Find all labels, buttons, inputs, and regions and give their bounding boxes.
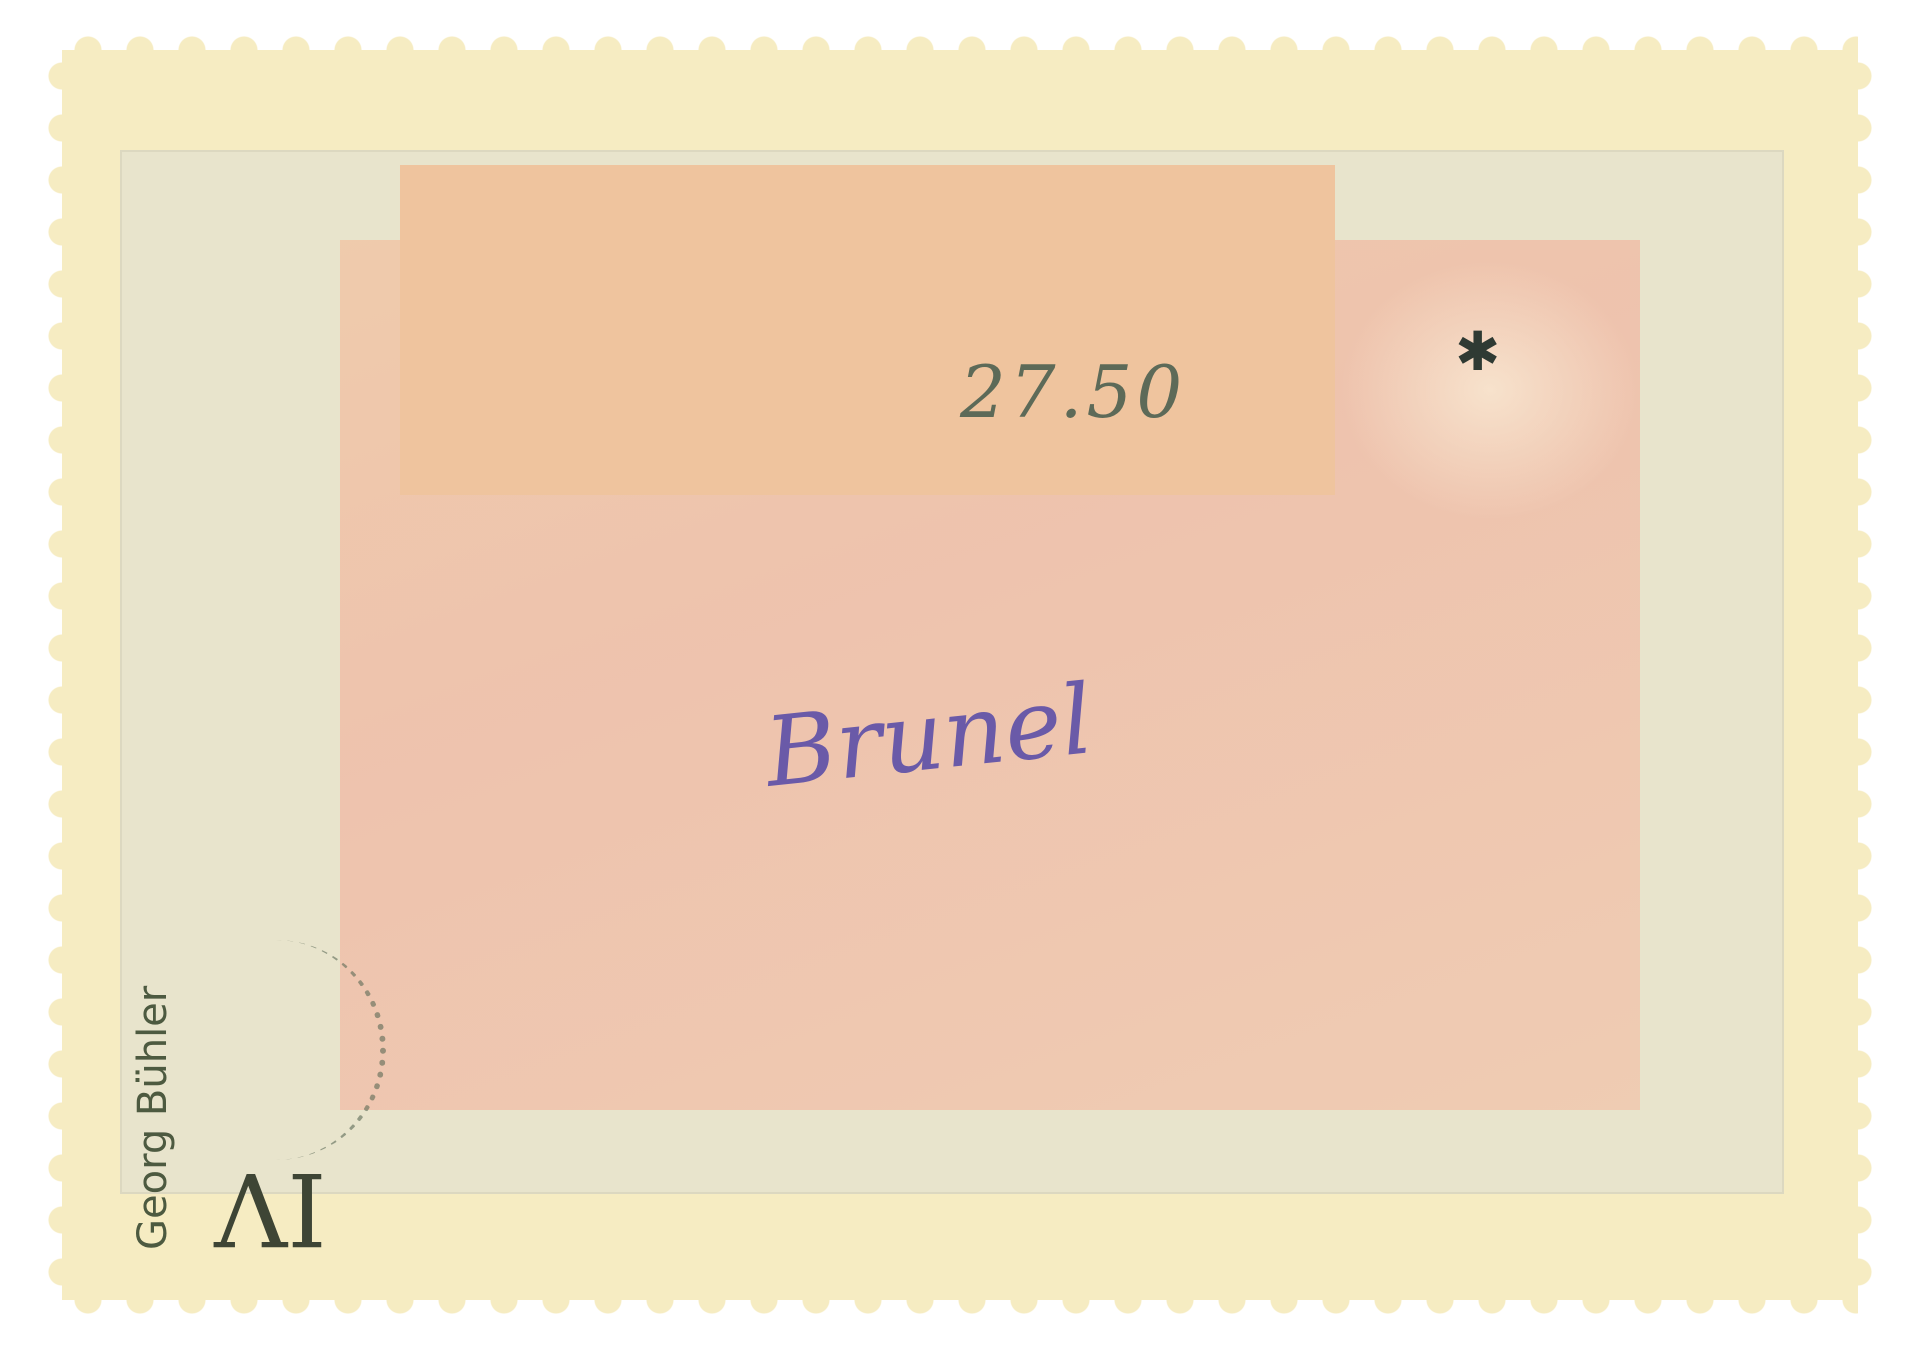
expert-grade-mark: IV — [215, 1150, 327, 1267]
small-ink-mark: ✱ — [1455, 320, 1500, 383]
pencil-note: 27.50 — [960, 350, 1186, 434]
expert-name-stamp: Georg Bühler — [130, 830, 176, 1250]
hinge-remnant — [1340, 260, 1640, 520]
top-panel-show-through — [400, 165, 1335, 495]
